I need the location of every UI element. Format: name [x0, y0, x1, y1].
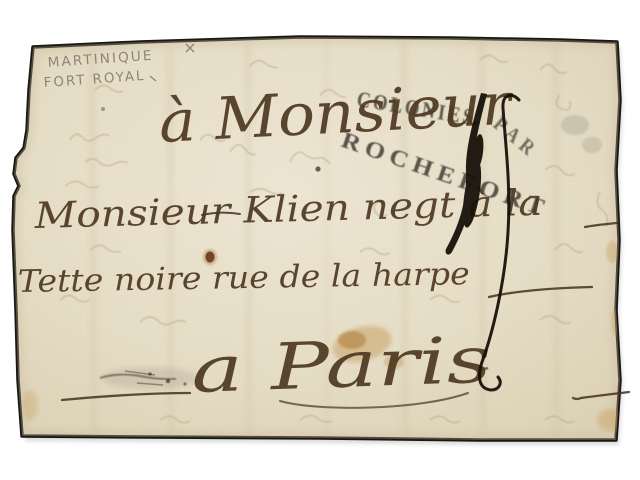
- photo-stage: MARTINIQUE FORT ROYAL COLONIES PAR ROCHE…: [0, 0, 640, 480]
- address-city: a Paris: [190, 324, 492, 408]
- postal-cover-photo: MARTINIQUE FORT ROYAL COLONIES PAR ROCHE…: [0, 0, 640, 480]
